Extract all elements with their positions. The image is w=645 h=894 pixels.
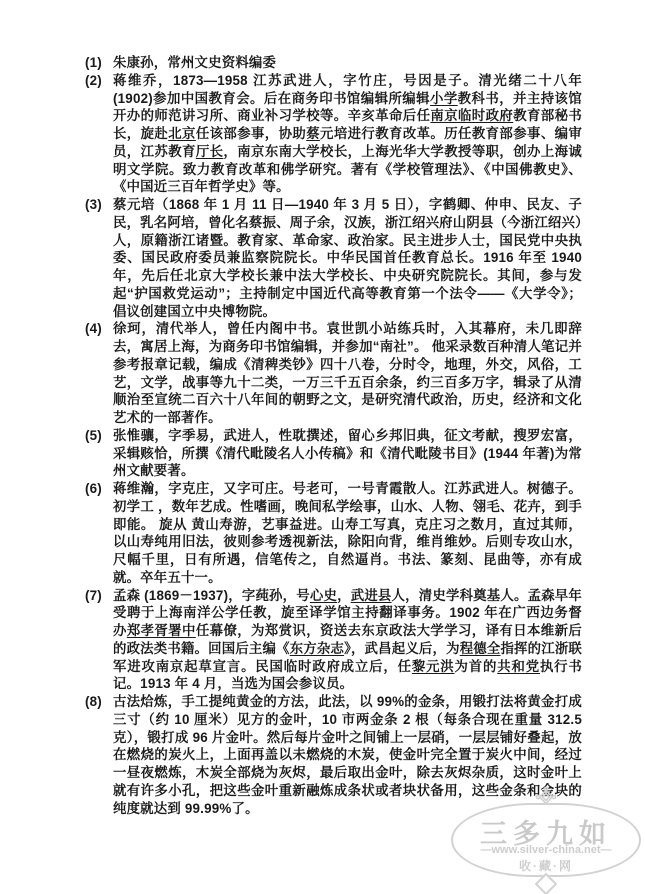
footnote-item: (1)朱康孙，常州文史资料编委 <box>85 54 582 72</box>
footnote-number: (1) <box>85 54 113 72</box>
text-run: 蔡元培（1868 年 1 月 11 日—1940 年 3 月 5 日），字鹤卿、… <box>113 197 582 319</box>
text-run: 任该部参事，协助 <box>196 126 306 141</box>
text-run: 为首的 <box>455 659 498 674</box>
underlined-term: 心史 <box>310 588 337 603</box>
footnote-number: (3) <box>85 196 113 320</box>
underlined-term: 东方杂志 <box>290 641 344 656</box>
footnote-item: (2)蒋维乔，1873—1958 江苏武进人，字竹庄，号因是子。清光绪二十八年(… <box>85 72 582 196</box>
underlined-term: 郑孝胥署中 <box>127 623 196 638</box>
watermark-url: —www.silver-china.net— <box>448 844 644 856</box>
footnote-number: (4) <box>85 320 113 427</box>
text-run: 徐珂，清代举人，曾任内阁中书。袁世凯小站练兵时，入其幕府，未几即辞去，寓居上海，… <box>113 321 582 425</box>
footnote-item: (3)蔡元培（1868 年 1 月 11 日—1940 年 3 月 5 日），字… <box>85 196 582 320</box>
footnote-item: (7)孟森 (1869－1937)，字莼孙，号心史，武进县人，清史学科奠基人。孟… <box>85 587 582 694</box>
footnote-item: (8)古法烚炼，手工提纯黄金的方法，此法，以 99%的金条，用锻打法将黄金打成三… <box>85 693 582 817</box>
underlined-term: 程德全 <box>460 641 501 656</box>
text-run: 张惟骧，字季易，武进人，性耽撰述，留心乡邦旧典，征文考献，搜罗宏富，采辑赅恰，所… <box>113 428 582 479</box>
text-run: 》，武昌起义后，为 <box>344 641 460 656</box>
underlined-term: 武进县 <box>351 588 392 603</box>
watermark-caption: 收·藏·网 <box>448 857 644 874</box>
footnote-text: 徐珂，清代举人，曾任内阁中书。袁世凯小站练兵时，入其幕府，未几即辞去，寓居上海，… <box>113 320 582 427</box>
footnote-item: (6)蒋维瀚，字克庄，又字可庄。号老可，一号青霞散人。江苏武进人。树德子。初学工… <box>85 480 582 587</box>
footnote-number: (5) <box>85 427 113 480</box>
footnote-item: (4)徐珂，清代举人，曾任内阁中书。袁世凯小站练兵时，入其幕府，未几即辞去，寓居… <box>85 320 582 427</box>
underlined-term: 蔡 <box>306 126 320 141</box>
footnote-text: 古法烚炼，手工提纯黄金的方法，此法，以 99%的金条，用锻打法将黄金打成三寸（约… <box>113 693 582 817</box>
underlined-term: 小学 <box>430 91 458 106</box>
footnote-number: (2) <box>85 72 113 196</box>
footnote-number: (6) <box>85 480 113 587</box>
underlined-term: 北京 <box>168 126 196 141</box>
underlined-term: 黎元洪 <box>412 659 455 674</box>
watermark-diamond-ornament <box>535 873 558 894</box>
underlined-term: 厅长 <box>196 144 224 159</box>
footnote-text: 蔡元培（1868 年 1 月 11 日—1940 年 3 月 5 日），字鹤卿、… <box>113 196 582 320</box>
text-run: 朱康孙，常州文史资料编委 <box>113 55 276 70</box>
text-run: 古法烚炼，手工提纯黄金的方法，此法，以 99%的金条，用锻打法将黄金打成三寸（约… <box>113 694 582 816</box>
footnote-text: 张惟骧，字季易，武进人，性耽撰述，留心乡邦旧典，征文考献，搜罗宏富，采辑赅恰，所… <box>113 427 582 480</box>
text-run: ， <box>337 588 351 603</box>
watermark-title: 三多九如 <box>448 812 644 851</box>
footnote-list: (1)朱康孙，常州文史资料编委(2)蒋维乔，1873—1958 江苏武进人，字竹… <box>85 54 582 817</box>
underlined-term: 共和党 <box>497 659 540 674</box>
footnote-text: 蒋维乔，1873—1958 江苏武进人，字竹庄，号因是子。清光绪二十八年(190… <box>113 72 582 196</box>
footnote-text: 孟森 (1869－1937)，字莼孙，号心史，武进县人，清史学科奠基人。孟森早年… <box>113 587 582 694</box>
footnote-text: 朱康孙，常州文史资料编委 <box>113 54 582 72</box>
footnote-text: 蒋维瀚，字克庄，又字可庄。号老可，一号青霞散人。江苏武进人。树德子。初学工 ，数… <box>113 480 582 587</box>
text-run: 蒋维瀚，字克庄，又字可庄。号老可，一号青霞散人。江苏武进人。树德子。初学工 ，数… <box>113 481 582 585</box>
footnote-number: (7) <box>85 587 113 694</box>
footnote-item: (5)张惟骧，字季易，武进人，性耽撰述，留心乡邦旧典，征文考献，搜罗宏富，采辑赅… <box>85 427 582 480</box>
text-run: 孟森 (1869－1937)，字莼孙，号 <box>113 588 310 603</box>
footnote-number: (8) <box>85 693 113 817</box>
underlined-term: 南京临时政府 <box>430 108 513 123</box>
footnote-page: (1)朱康孙，常州文史资料编委(2)蒋维乔，1873—1958 江苏武进人，字竹… <box>85 54 582 817</box>
